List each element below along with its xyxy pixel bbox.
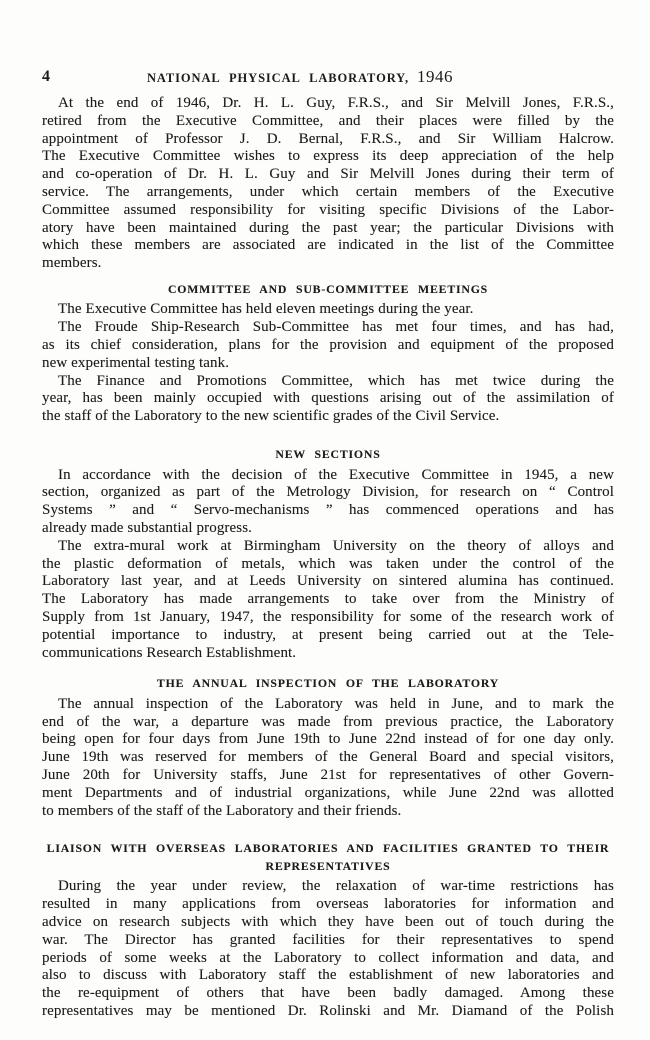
- section-heading-line: THE ANNUAL INSPECTION OF THE LABORATORY: [42, 675, 614, 693]
- section-heading: THE ANNUAL INSPECTION OF THE LABORATORY: [42, 675, 614, 693]
- section-heading-line: COMMITTEE AND SUB-COMMITTEE MEETINGS: [42, 281, 614, 299]
- text-line: advice on research subjects with which t…: [42, 914, 614, 932]
- text-line: the plastic deformation of metals, which…: [42, 556, 614, 574]
- text-line: June 19th was reserved for members of th…: [42, 749, 614, 767]
- text-line: potential importance to industry, at pre…: [42, 627, 614, 645]
- running-title: NATIONAL PHYSICAL LABORATORY, 1946: [14, 67, 586, 87]
- text-line: communications Research Establishment.: [42, 645, 614, 663]
- text-line: The Executive Committee has held eleven …: [42, 301, 614, 319]
- text-line: war. The Director has granted facilities…: [42, 932, 614, 950]
- text-line: service. The arrangements, under which c…: [42, 184, 614, 202]
- section-heading: NEW SECTIONS: [42, 446, 614, 464]
- text-line: Laboratory last year, and at Leeds Unive…: [42, 573, 614, 591]
- paragraph: During the year under review, the relaxa…: [42, 878, 614, 1020]
- text-line: The extra-mural work at Birmingham Unive…: [42, 538, 614, 556]
- text-line: which these members are associated are i…: [42, 237, 614, 255]
- text-line: The Laboratory has made arrangements to …: [42, 591, 614, 609]
- page-header: 4 NATIONAL PHYSICAL LABORATORY, 1946: [42, 67, 614, 87]
- running-title-text: NATIONAL PHYSICAL LABORATORY,: [147, 71, 409, 85]
- text-line: the re-equipment of others that have bee…: [42, 985, 614, 1003]
- text-line: appointment of Professor J. D. Bernal, F…: [42, 131, 614, 149]
- text-line: retired from the Executive Committee, an…: [42, 113, 614, 131]
- text-line: periods of some weeks at the Laboratory …: [42, 950, 614, 968]
- text-line: resulted in many applications from overs…: [42, 896, 614, 914]
- text-line: the staff of the Laboratory to the new s…: [42, 408, 614, 426]
- paragraph: The Executive Committee has held eleven …: [42, 301, 614, 319]
- text-line: ment Departments and of industrial organ…: [42, 785, 614, 803]
- text-line: During the year under review, the relaxa…: [42, 878, 614, 896]
- text-line: representatives may be mentioned Dr. Rol…: [42, 1003, 614, 1021]
- text-line: The Executive Committee wishes to expres…: [42, 148, 614, 166]
- text-line: new experimental testing tank.: [42, 355, 614, 373]
- paragraph: The Finance and Promotions Committee, wh…: [42, 373, 614, 426]
- page-content: At the end of 1946, Dr. H. L. Guy, F.R.S…: [42, 95, 614, 1021]
- section-heading-line: NEW SECTIONS: [42, 446, 614, 464]
- text-line: end of the war, a departure was made fro…: [42, 714, 614, 732]
- text-line: June 20th for University staffs, June 21…: [42, 767, 614, 785]
- section-heading-line: LIAISON WITH OVERSEAS LABORATORIES AND F…: [42, 840, 614, 858]
- text-line: In accordance with the decision of the E…: [42, 467, 614, 485]
- text-line: to members of the staff of the Laborator…: [42, 803, 614, 821]
- text-line: being open for four days from June 19th …: [42, 731, 614, 749]
- text-line: Committee assumed responsibility for vis…: [42, 202, 614, 220]
- paragraph: In accordance with the decision of the E…: [42, 467, 614, 538]
- text-line: atory have been maintained during the pa…: [42, 220, 614, 238]
- text-line: Supply from 1st January, 1947, the respo…: [42, 609, 614, 627]
- text-line: members.: [42, 255, 614, 273]
- paragraph: The annual inspection of the Laboratory …: [42, 696, 614, 821]
- paragraph: The extra-mural work at Birmingham Unive…: [42, 538, 614, 663]
- text-line: The Finance and Promotions Committee, wh…: [42, 373, 614, 391]
- paragraph: The Froude Ship-Research Sub-Committee h…: [42, 319, 614, 372]
- text-line: also to discuss with Laboratory staff th…: [42, 967, 614, 985]
- running-title-year: 1946: [417, 67, 453, 86]
- text-line: as its chief consideration, plans for th…: [42, 337, 614, 355]
- text-line: section, organized as part of the Metrol…: [42, 484, 614, 502]
- text-line: already made substantial progress.: [42, 520, 614, 538]
- text-line: The Froude Ship-Research Sub-Committee h…: [42, 319, 614, 337]
- text-line: and co-operation of Dr. H. L. Guy and Si…: [42, 166, 614, 184]
- document-page: 4 NATIONAL PHYSICAL LABORATORY, 1946 At …: [0, 0, 650, 1040]
- text-line: Systems ” and “ Servo-mechanisms ” has c…: [42, 502, 614, 520]
- text-line: The annual inspection of the Laboratory …: [42, 696, 614, 714]
- text-line: year, has been mainly occupied with ques…: [42, 390, 614, 408]
- section-heading: LIAISON WITH OVERSEAS LABORATORIES AND F…: [42, 840, 614, 875]
- section-heading-line: REPRESENTATIVES: [42, 858, 614, 876]
- text-line: At the end of 1946, Dr. H. L. Guy, F.R.S…: [42, 95, 614, 113]
- section-heading: COMMITTEE AND SUB-COMMITTEE MEETINGS: [42, 281, 614, 299]
- paragraph: At the end of 1946, Dr. H. L. Guy, F.R.S…: [42, 95, 614, 273]
